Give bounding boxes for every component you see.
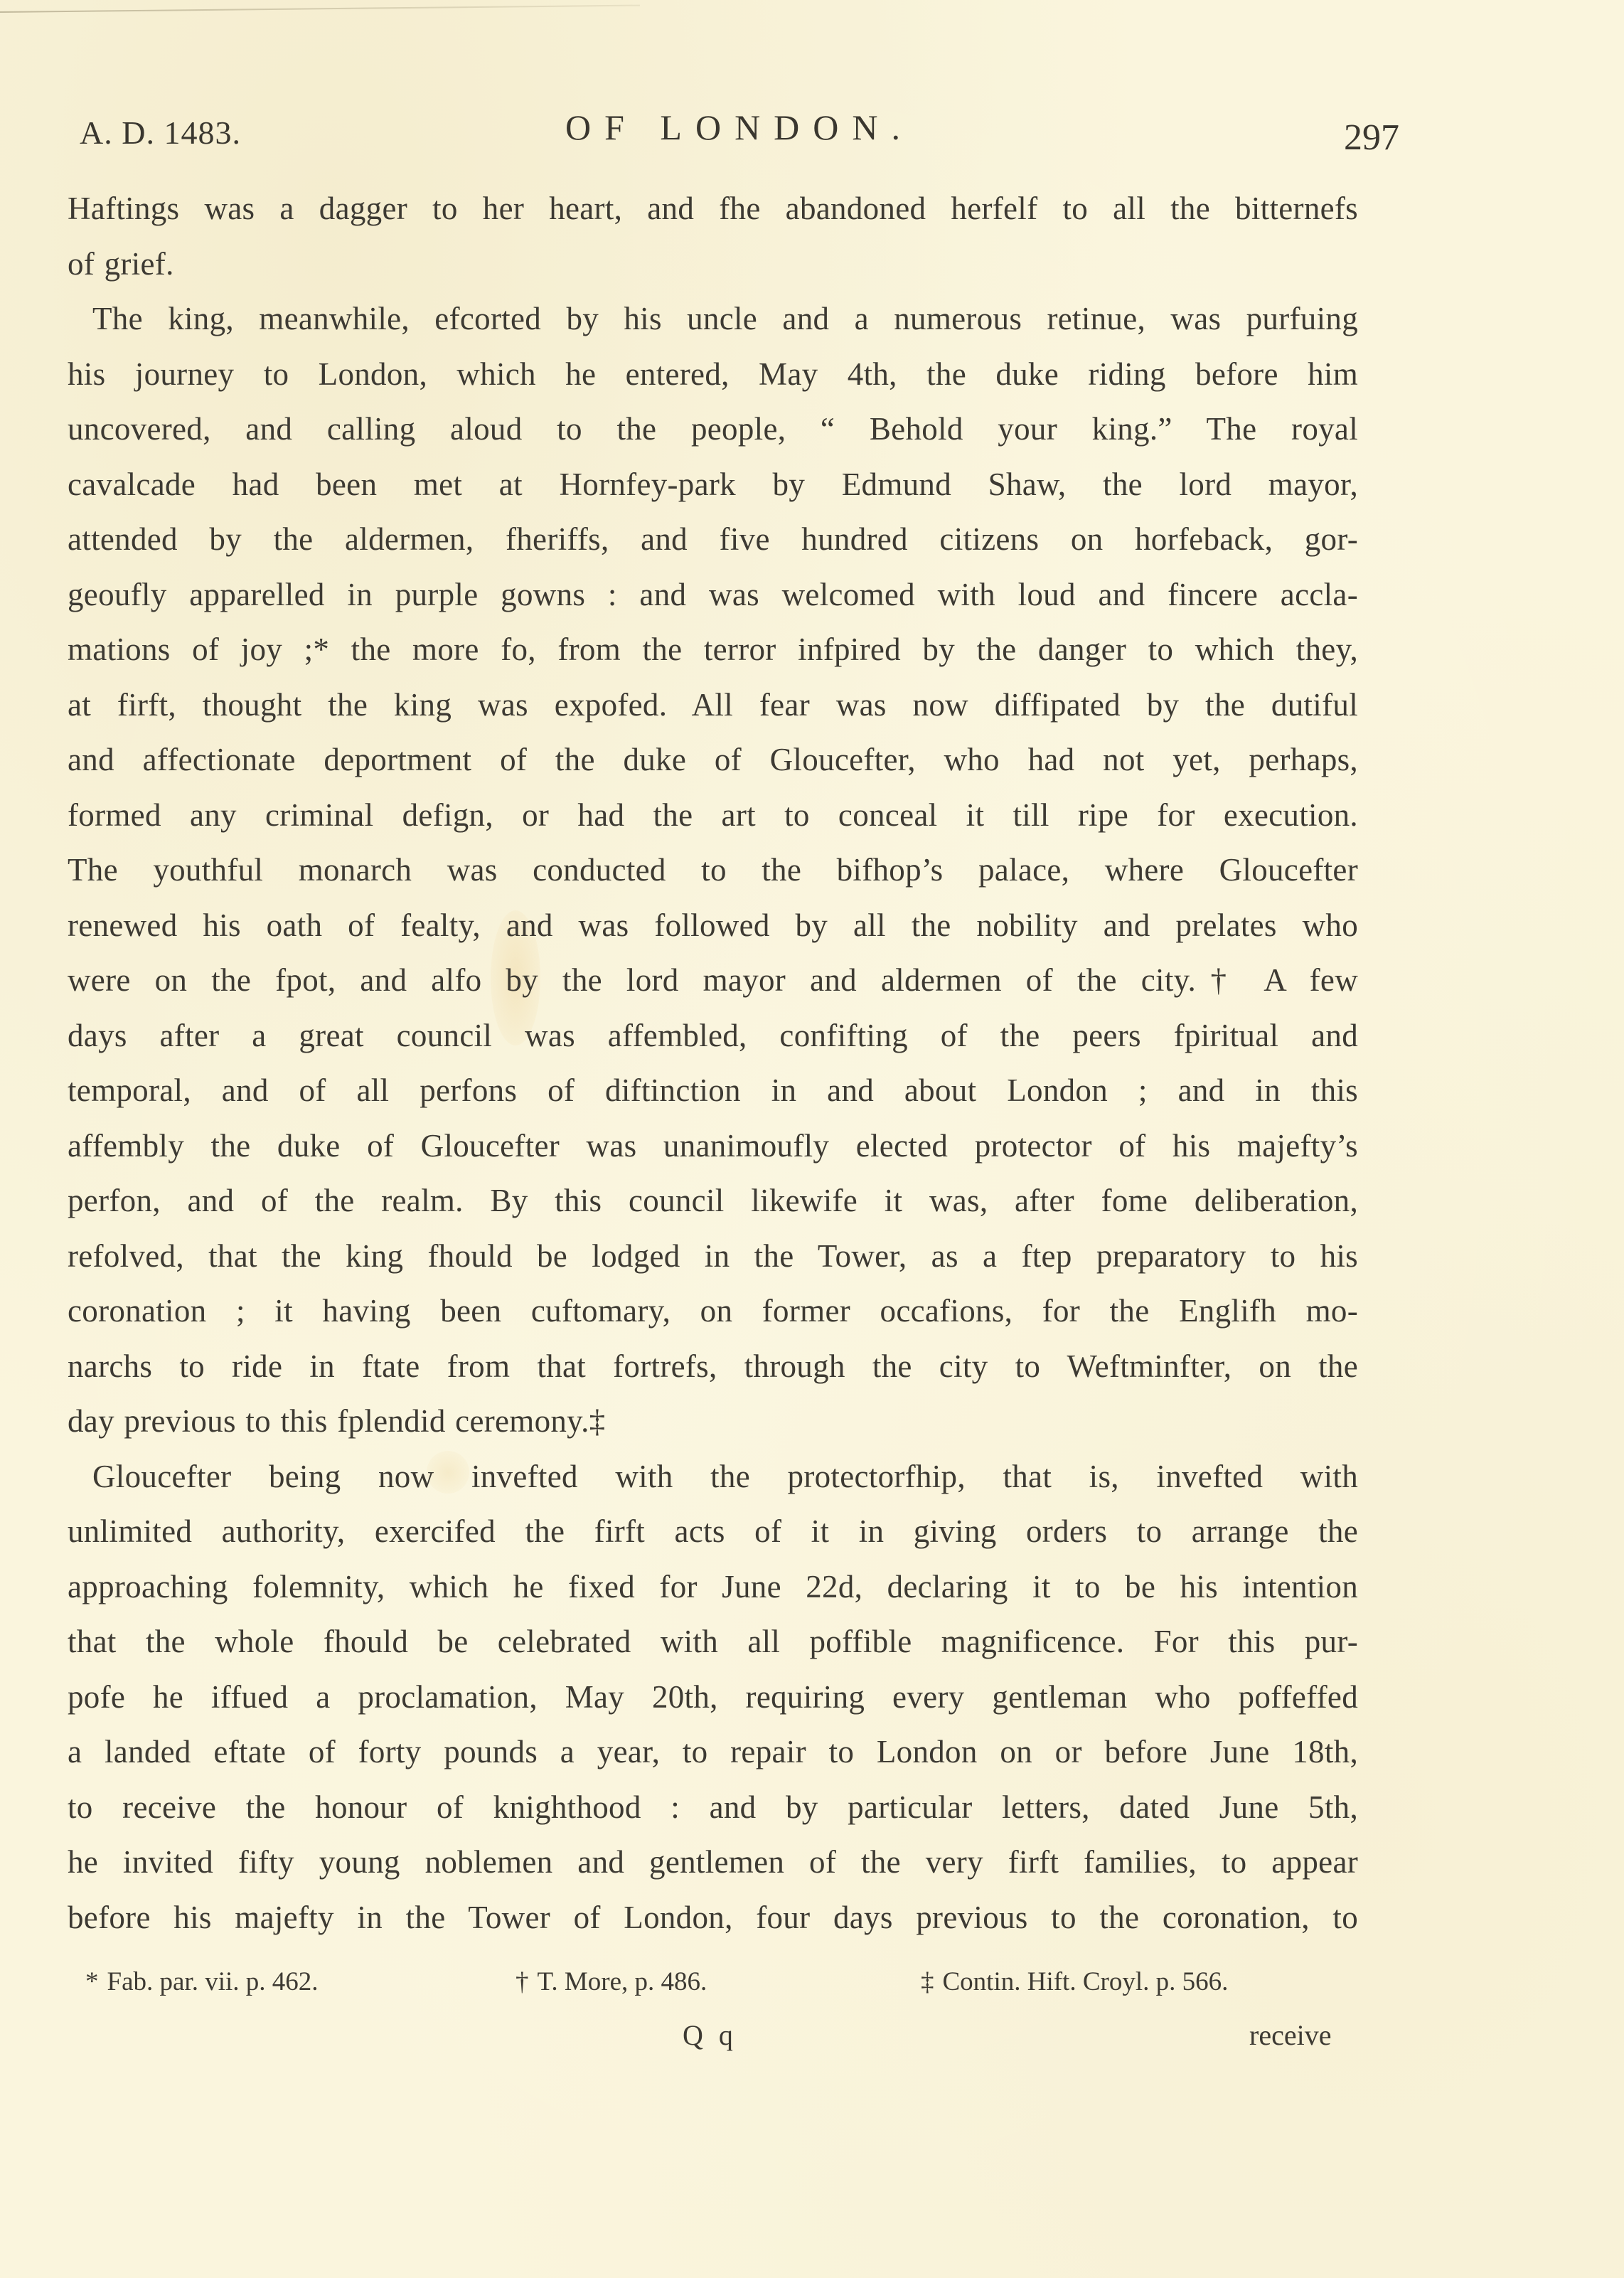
text-line: pofe he iffued a proclamation, May 20th,… xyxy=(68,1670,1358,1725)
page-top-edge xyxy=(0,5,640,13)
signature-mark: Q q xyxy=(683,2018,737,2052)
asterisk-footnote-mark: * xyxy=(85,1967,99,1996)
text-line: narchs to ride in ftate from that fortre… xyxy=(68,1339,1358,1395)
dagger-footnote-mark: † xyxy=(515,1967,529,1996)
text-line: coronation ; it having been cuftomary, o… xyxy=(68,1284,1358,1339)
text-line: The youthful monarch was conducted to th… xyxy=(68,843,1358,898)
text-line: perfon, and of the realm. By this counci… xyxy=(68,1173,1358,1229)
running-head-title: OF LONDON. xyxy=(565,107,914,148)
text-line: that the whole fhould be celebrated with… xyxy=(68,1614,1358,1670)
footnote-text: Fab. par. vii. p. 462. xyxy=(107,1967,319,1996)
text-line: to receive the honour of knighthood : an… xyxy=(68,1780,1358,1836)
text-line: day previous to this fplendid ceremony.‡ xyxy=(68,1394,1358,1449)
text-line: before his majefty in the Tower of Londo… xyxy=(68,1890,1358,1946)
text-line: mations of joy ;* the more fo, from the … xyxy=(68,622,1358,678)
text-line: unlimited authority, exercifed the firft… xyxy=(68,1504,1358,1560)
footnotes: *Fab. par. vii. p. 462. †T. More, p. 486… xyxy=(0,1966,1624,2009)
text-line: Haftings was a dagger to her heart, and … xyxy=(68,181,1358,237)
footnote-text: Contin. Hift. Croyl. p. 566. xyxy=(943,1967,1229,1996)
text-line: his journey to London, which he entered,… xyxy=(68,347,1358,403)
paragraph-start-line: The king, meanwhile, efcorted by his unc… xyxy=(68,292,1358,347)
text-line: and affectionate deportment of the duke … xyxy=(68,733,1358,788)
body-text: Haftings was a dagger to her heart, and … xyxy=(68,181,1358,1945)
footnote: *Fab. par. vii. p. 462. xyxy=(85,1966,319,1997)
text-line: approaching folemnity, which he fixed fo… xyxy=(68,1560,1358,1615)
paragraph-start-line: Gloucefter being now invefted with the p… xyxy=(68,1449,1358,1505)
catchword: receive xyxy=(1249,2018,1331,2052)
footnote: ‡Contin. Hift. Croyl. p. 566. xyxy=(921,1966,1228,1997)
text-line: of grief. xyxy=(68,237,1358,292)
page-number: 297 xyxy=(1344,117,1399,159)
text-line: renewed his oath of fealty, and was foll… xyxy=(68,898,1358,954)
text-line: were on the fpot, and alfo by the lord m… xyxy=(68,953,1358,1008)
running-head: A. D. 1483. OF LONDON. 297 xyxy=(0,107,1624,164)
running-head-date: A. D. 1483. xyxy=(80,114,241,151)
text-line: he invited fifty young noblemen and gent… xyxy=(68,1835,1358,1890)
text-line: cavalcade had been met at Hornfey-park b… xyxy=(68,457,1358,513)
footnote-text: T. More, p. 486. xyxy=(538,1967,707,1996)
text-line: uncovered, and calling aloud to the peop… xyxy=(68,402,1358,457)
text-line: formed any criminal defign, or had the a… xyxy=(68,788,1358,843)
double-dagger-footnote-mark: ‡ xyxy=(921,1967,934,1996)
text-line: a landed eftate of forty pounds a year, … xyxy=(68,1725,1358,1780)
text-line: at firft, thought the king was expofed. … xyxy=(68,678,1358,733)
text-line: affembly the duke of Gloucefter was unan… xyxy=(68,1119,1358,1174)
text-line: refolved, that the king fhould be lodged… xyxy=(68,1229,1358,1284)
text-line: days after a great council was affembled… xyxy=(68,1008,1358,1064)
text-line: temporal, and of all perfons of diftinct… xyxy=(68,1063,1358,1119)
text-line: geoufly apparelled in purple gowns : and… xyxy=(68,568,1358,623)
text-line: attended by the aldermen, fheriffs, and … xyxy=(68,512,1358,568)
footnote: †T. More, p. 486. xyxy=(515,1966,707,1997)
